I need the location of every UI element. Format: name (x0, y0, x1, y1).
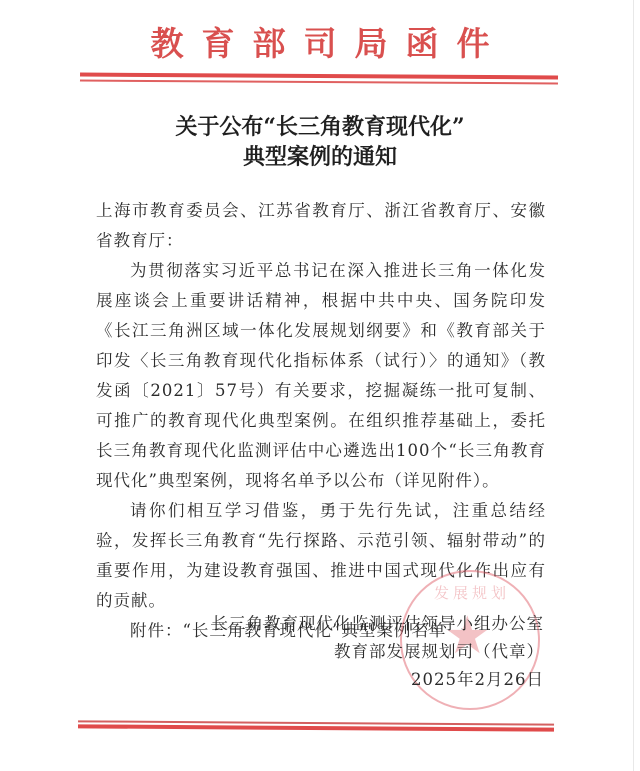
signature-office: 长三角教育现代化监测评估领导小组办公室 (212, 610, 545, 638)
paragraph-1: 为贯彻落实习近平总书记在深入推进长三角一体化发展座谈会上重要讲话精神，根据中共中… (96, 256, 546, 496)
signature-date: 2025年2月26日 (212, 666, 545, 694)
footer-divider (78, 720, 554, 735)
document-title-line1: 关于公布“长三角教育现代化” (0, 112, 640, 142)
header-divider-thin (80, 80, 558, 84)
header-divider-thick (80, 73, 558, 80)
signature-block: 长三角教育现代化监测评估领导小组办公室 教育部发展规划司（代章） 2025年2月… (212, 610, 545, 694)
signature-department: 教育部发展规划司（代章） (212, 638, 545, 666)
document-title-line2: 典型案例的通知 (0, 142, 640, 172)
document-title: 关于公布“长三角教育现代化” 典型案例的通知 (0, 112, 640, 172)
header-divider (80, 73, 558, 86)
seal-text: 发展规划 (422, 582, 522, 603)
footer-divider-thick (78, 724, 554, 731)
addressee: 上海市教育委员会、江苏省教育厅、浙江省教育厅、安徽省教育厅： (96, 196, 546, 256)
masthead-title: 教育部司局函件 (0, 18, 640, 65)
